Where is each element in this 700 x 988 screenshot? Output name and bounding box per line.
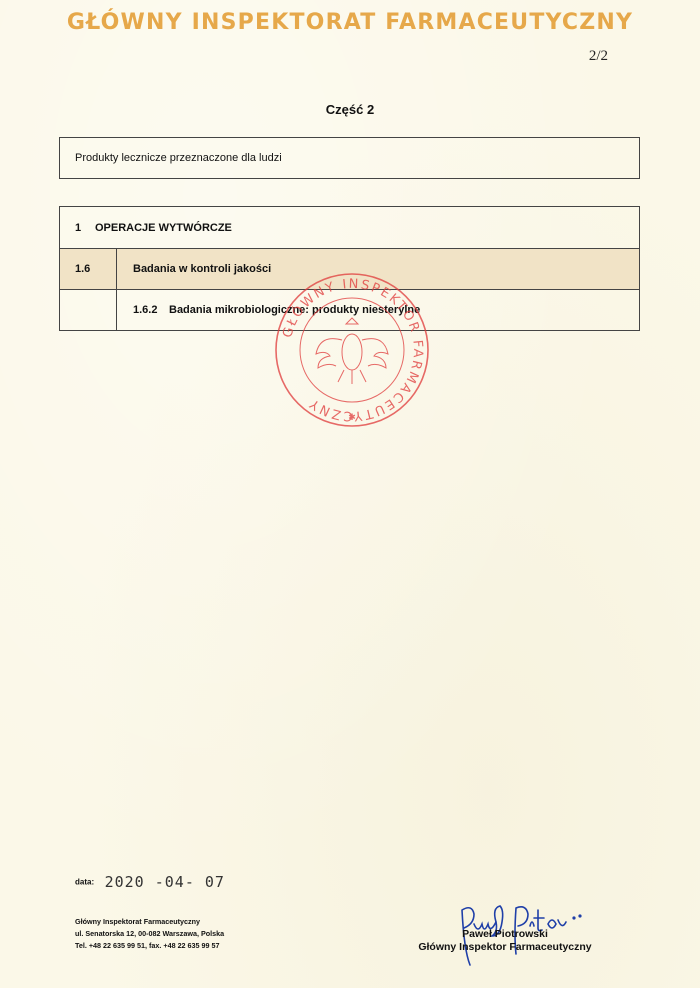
product-scope-box: Produkty lecznicze przeznaczone dla ludz… [59,137,640,179]
address-name: Główny Inspektorat Farmaceutyczny [75,916,224,928]
date-value: 2020 -04- 07 [105,873,225,891]
section-number: 1 [75,222,81,234]
part-title: Część 2 [0,102,700,117]
row-label: Badania w kontroli jakości [133,263,271,275]
institution-address: Główny Inspektorat Farmaceutyczny ul. Se… [75,916,224,952]
address-street: ul. Senatorska 12, 00-082 Warszawa, Pols… [75,928,224,940]
row-number: 1.6.2 [133,304,157,316]
row-label: Badania mikrobiologiczne: produkty niest… [169,304,420,316]
address-contact: Tel. +48 22 635 99 51, fax. +48 22 635 9… [75,940,224,952]
institution-masthead: GŁÓWNY INSPEKTORAT FARMACEUTYCZNY [0,10,700,35]
table-row: 1.6.2 Badania mikrobiologiczne: produkty… [60,290,639,331]
table-section-header: 1 OPERACJE WYTWÓRCZE [60,207,639,249]
page-number: 2/2 [589,48,608,65]
date-label: data: [75,878,94,887]
signer-block: Paweł Piotrowski Główny Inspektor Farmac… [405,928,605,954]
section-label: OPERACJE WYTWÓRCZE [95,222,232,234]
column-divider [116,249,117,330]
signer-name: Paweł Piotrowski [405,928,605,941]
signer-title: Główny Inspektor Farmaceutyczny [405,941,605,954]
operations-table: 1 OPERACJE WYTWÓRCZE 1.6 Badania w kontr… [59,206,640,331]
table-row: 1.6 Badania w kontroli jakości [60,249,639,290]
product-scope-text: Produkty lecznicze przeznaczone dla ludz… [75,152,282,164]
row-number: 1.6 [75,263,90,275]
issue-date: data: 2020 -04- 07 [75,873,225,891]
